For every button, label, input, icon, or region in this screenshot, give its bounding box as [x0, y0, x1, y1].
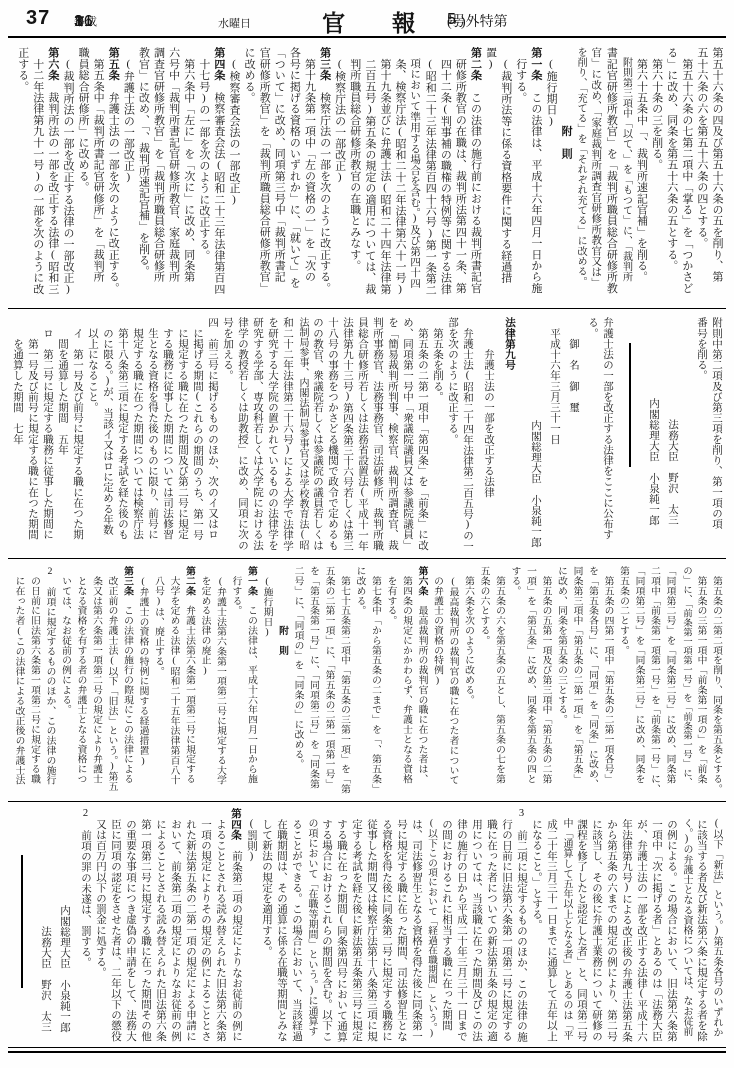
- text-column: 置): [483, 47, 498, 306]
- text-column: (昭和二十三年法律第百四十六号)第一条第二: [422, 47, 437, 306]
- heading-column: 第一条 この法律は、平成十六年四月一日から施: [244, 566, 260, 799]
- heading-column: 第六条 最高裁判所の裁判官の職に在つた者は、: [414, 566, 430, 799]
- text-column: から第五条の六までの規定の例により、第二号: [604, 808, 619, 1046]
- text-column: 附則第三項中「以て、」を「もつて」に、「裁判所: [618, 47, 633, 306]
- bold-lead: 第四条: [213, 47, 225, 81]
- text-column: (罰則): [244, 808, 259, 1046]
- text-column: る」に改め、同条を第五十六条の五とする。: [664, 47, 679, 306]
- text-column: 第七十五条第二項中「第五条の三第一項」を「第: [337, 566, 353, 799]
- text-column: れた新法第五条の二第一項の規定による申請に: [183, 808, 198, 1046]
- text-column: する職に在った期間(同条第四号において通算: [334, 808, 349, 1046]
- text-column: (施行期日): [259, 566, 275, 799]
- text-column: が、弁護士法の一部を改正する法律(平成十六: [634, 808, 649, 1046]
- text-column: 第五条の五第一項及び第三項中「第五条の二第: [538, 566, 554, 799]
- text-column: 弁護士法の一部を改正する法律をここに公布す: [600, 317, 615, 555]
- law-text-band-4: (以下「新法」という。)第五条各号のいずれか に該当する者及び新法第六条に規定す…: [10, 808, 724, 1046]
- text-column: 2 前項の罪の未遂は、罰する。: [78, 808, 93, 1046]
- bold-lead: 第四条: [230, 808, 242, 840]
- text-column: 番号を削る。: [694, 317, 709, 555]
- bold-lead: 第六条: [417, 566, 428, 596]
- heading-column: 第六条 裁判所法の一部を改正する法律(昭和三: [45, 47, 60, 306]
- text-column: 十八号の事務をつかさどる機関で政令で定めるも: [325, 317, 340, 555]
- text-column: によることとされる読み替えられた旧法第六条: [153, 808, 168, 1046]
- text-column: する場合におけるこれらの期間を含む。以下こ: [319, 808, 334, 1046]
- bold-lead: 法律第九号: [504, 317, 516, 370]
- text-column: 官」に改め、「家庭裁判所調査官研修所教官又は」: [588, 47, 603, 306]
- bold-lead: 第一条: [246, 566, 257, 596]
- text-column: 第四条の規定にかかわらず、弁護士となる資格: [399, 566, 415, 799]
- text-column: 職に在った者についての新法第五条の規定の適: [484, 808, 499, 1046]
- item-end-divider: [15, 808, 30, 1046]
- text-column: 行する。: [513, 47, 528, 306]
- text-column: (以下この項において「経過在職期間」という。): [424, 808, 439, 1046]
- text-column: め、同項第一号中「衆議院議員又は参議院議員」: [400, 317, 415, 555]
- text-column: 一項」を「第五条」に改め、同条を第五条の四と: [523, 566, 539, 799]
- text-column: を削り、「充てる」を「それぞれ充てる」に改める。: [573, 47, 588, 306]
- text-column: 判所職員総合研修所教官の在職とみなす。: [347, 47, 362, 306]
- text-column: 号を加える。: [220, 317, 235, 555]
- text-column: (弁護士法第六条第一項第二号に規定する大学: [213, 566, 229, 799]
- text-column: 改正前の弁護士法(以下「旧法」という。)第五: [104, 566, 120, 799]
- text-column: に在った者(この法律による改正後の弁護士法: [11, 566, 27, 799]
- text-column: 第五十六条の四及び第五十六条の五を削り、第: [709, 47, 724, 306]
- text-column: の」に、「前条第一項第一号」を「前条第一号」に、: [678, 566, 694, 799]
- text-column: 弁護士法(昭和二十四年法律第二百五号)の一: [460, 317, 475, 555]
- text-column: 六号中「裁判所書記官研修所教官、家庭裁判所: [166, 47, 181, 306]
- text-column: 書記官研修所教官」を「裁判所職員総合研修所教: [603, 47, 618, 306]
- item-end-divider: [623, 317, 638, 555]
- heading-column: 附 則: [558, 47, 573, 306]
- text-column: 生となる資格を得た後のものに限り、前号に: [145, 317, 160, 555]
- text-column: を有する。: [383, 566, 399, 799]
- law-text-band-2: 附則中第二項及び第三項を削り、第一項の項番号を削る。法務大臣 野沢 太三内閣総理…: [10, 317, 724, 555]
- text-column: 調査官研修所教官」を「裁判所職員総合研修所: [150, 47, 165, 306]
- text-column: 第五十六条の七第二項中「掌る」を「つかさど: [679, 47, 694, 306]
- text-column: 第七条中「から第五条の二まで」を「、第五条」: [368, 566, 384, 799]
- text-column: 法制局参事、内閣法制局参事官又は学校教育法(昭: [295, 317, 310, 555]
- law-text-band-1: 第五十六条の四及び第五十六条の五を削り、第五十六条の六を第五十六条の四とする。 …: [10, 47, 724, 306]
- text-column: に該当し、その後に弁護士業務について研修の: [589, 808, 604, 1046]
- text-column: 律学の教授若しくは助教授」に改め、同項に次の: [235, 317, 250, 555]
- text-column: 二号」に、「同項の」を「同条の」に改める。: [290, 566, 306, 799]
- bold-lead: 第三条: [122, 566, 133, 596]
- text-column: 和二十二年法律第二十六号)による大学で法律学: [280, 317, 295, 555]
- text-column: 第十九条並びに弁護士法(昭和二十四年法律第: [377, 47, 392, 306]
- text-column: に改める。: [352, 566, 368, 799]
- text-column: 二百五号)第五条の規定の適用については、裁: [362, 47, 377, 306]
- text-column: の弁護士の資格の特例): [430, 566, 446, 799]
- heading-column: 法律第九号: [502, 317, 518, 555]
- text-column: のに限る。)が、当該イ又はロに定める年数: [100, 317, 115, 555]
- bold-lead: 第六条: [47, 47, 59, 81]
- text-column: 「同項第二号」を「同条第二号」に改め、同条を: [631, 566, 647, 799]
- weekday-label: 水曜日: [218, 15, 251, 31]
- text-column: 第十八条第三項に規定する考試を経た後のも: [115, 317, 130, 555]
- text-column: 同条第三項中「第五条の二第一項」を「第五条」: [569, 566, 585, 799]
- text-column: 成二十年三月三十一日までに通算して五年以上: [544, 808, 559, 1046]
- text-column: 第五条の三第一項中「前条第一項の」を「前条: [693, 566, 709, 799]
- text-column: (弁護士の資格の特例に関する経過措置): [135, 566, 151, 799]
- bold-lead: 第三条: [319, 47, 331, 81]
- text-column: 行の日前に旧法第六条第一項第二号に規定する: [499, 808, 514, 1046]
- text-column: 規定する職に在つた期間については検察庁法: [130, 317, 145, 555]
- text-column: 五条の六とする。: [476, 566, 492, 799]
- heading-column: 第三条 検察庁法の一部を次のように改正する。: [316, 47, 331, 306]
- text-column: (最高裁判所の裁判官の職に在つた者について: [445, 566, 461, 799]
- text-column: 第五条の二とする。: [616, 566, 632, 799]
- bold-lead: 第二条: [470, 47, 482, 81]
- text-column: を定める法律の廃止): [197, 566, 213, 799]
- text-column: 第五条を削る。: [430, 317, 445, 555]
- text-column: 御 名 御 璽: [566, 317, 581, 555]
- text-column: (弁護士法の一部改正): [120, 47, 135, 306]
- text-column: 間を通算した期間 五年: [55, 317, 70, 555]
- text-column: 第六条を次のように改める。: [461, 566, 477, 799]
- text-column: 第一項第二号に規定する職に在った期間その他: [138, 808, 153, 1046]
- text-column: 定する考試を経た後に新法第五条第三号に規定: [349, 808, 364, 1046]
- text-column: 行する。: [228, 566, 244, 799]
- text-column: となる資格を有する者の弁護士となる資格につ: [73, 566, 89, 799]
- text-column: 条、検察庁法(昭和二十二年法律第六十一号): [392, 47, 407, 306]
- text-column: (検察庁法の一部改正): [332, 47, 347, 306]
- text-column: を「簡易裁判所判事、検察官、裁判所調査官、裁: [385, 317, 400, 555]
- text-column: 第五条の六を第五条の五とし、第五条の七を第: [492, 566, 508, 799]
- text-column: は、司法修習生となる資格を得た後に同条第一: [409, 808, 424, 1046]
- text-column: に改める。: [241, 47, 256, 306]
- text-column: 又は百万円以下の罰金に処する。: [93, 808, 108, 1046]
- band-separator-rule-2: [8, 558, 726, 559]
- text-column: 教官」に改め、「、裁判所速記官補」を削る。: [135, 47, 150, 306]
- text-column: の重要な事項につき虚偽の申請をして、法務大: [123, 808, 138, 1046]
- page-number: 37: [26, 7, 50, 30]
- text-column: 五十六条の六を第五十六条の四とする。: [694, 47, 709, 306]
- text-column: る資格を得た後に同条第二号に規定する職務に: [379, 808, 394, 1046]
- text-column: 十七号)の一部を次のように改正する。: [196, 47, 211, 306]
- text-column: 在職期間は、その通算に係る在職等期間とみな: [274, 808, 289, 1046]
- heading-column: 第二条 弁護士法第六条第一項第二号に規定する: [182, 566, 198, 799]
- text-column: 従事した期間又は検察庁法第十八条第三項に規: [364, 808, 379, 1046]
- text-column: 中「通算して五年以上となる者」とあるのは「平: [559, 808, 574, 1046]
- text-column: (裁判所法等に係る資格要件に関する経過措: [498, 47, 513, 306]
- text-column: の間におけるこれに相当する職に在った期間: [439, 808, 454, 1046]
- text-column: 法務大臣 野沢 太三: [38, 808, 53, 1046]
- bottom-rule: [8, 1047, 726, 1053]
- text-column: して新法の規定を適用する。: [259, 808, 274, 1046]
- bold-lead: 第一条: [530, 47, 542, 81]
- text-column: 職員総合研修所」に改める。: [75, 47, 90, 306]
- text-column: 項において準用する場合を含む。)及び第四十四: [407, 47, 422, 306]
- heading-column: 第四条 検察審査会法(昭和二十三年法律第百四: [211, 47, 226, 306]
- text-column: 官研修所教官」を「裁判所職員総合研修所教官」: [256, 47, 271, 306]
- text-column: 内閣総理大臣 小泉純一郎: [646, 317, 661, 555]
- text-column: 課程を修了したと認定した者」と、同項第二号: [574, 808, 589, 1046]
- text-column: 第六十五条中「、裁判所速記官補」を削る。: [633, 47, 648, 306]
- text-column: を通算した期間 七年: [10, 317, 25, 555]
- text-column: 四 前三号に掲げるもののほか、次のイ又はロ: [205, 317, 220, 555]
- text-column: 第六条中「左に」を「次に」に改め、同条第: [181, 47, 196, 306]
- text-column: の項において「在職等期間」という。)に通算す: [304, 808, 319, 1046]
- heading-column: 第四条 前条第二項の規定によりなお従前の例に: [228, 808, 244, 1046]
- text-column: に改め、同条を第五条の三とする。: [554, 566, 570, 799]
- text-column: 一項の規定によりその規定の例によることとさ: [198, 808, 213, 1046]
- text-column: 第五条中「裁判所書記官研修所」を「裁判所: [90, 47, 105, 306]
- text-column: ることができる。この場合において、当該経過: [289, 808, 304, 1046]
- text-column: を「第五条各号」に、「同項」を「同条」に改め、: [585, 566, 601, 799]
- text-column: 八号)は、廃止する。: [151, 566, 167, 799]
- heading-column: 第一条 この法律は、平成十六年四月一日から施: [528, 47, 543, 306]
- text-column: 法律第九十三号)第四条第三十六号若しくは第三: [340, 317, 355, 555]
- vertical-divider-line: [629, 343, 631, 467]
- text-column: する職務に従事した期間については司法修習: [160, 317, 175, 555]
- text-column: 用については、当該職に在った期間及びこの法: [469, 808, 484, 1046]
- text-column: 「ついて」に改め、同項第三号中「裁判所書記: [271, 47, 286, 306]
- header-text: 号): [447, 11, 466, 31]
- text-column: 法務大臣 野沢 太三: [665, 317, 680, 555]
- heading-column: 第三条 この法律の施行の際現にこの法律による: [120, 566, 136, 799]
- text-column: イ 第一号及び前号に規定する職に在つた期: [70, 317, 85, 555]
- text-column: になること。」とする。: [529, 808, 544, 1046]
- text-column: 附則中第二項及び第三項を削り、第一項の項: [709, 317, 724, 555]
- bold-lead: 第五条: [107, 47, 119, 81]
- text-column: を研究する大学院の置かれているものの法律学を: [265, 317, 280, 555]
- text-column: 弁護士法の一部を改正する法律: [481, 317, 496, 555]
- header-text: 日: [74, 13, 86, 29]
- text-column: (施行期日): [543, 47, 558, 306]
- text-column: (検察審査会法の一部改正): [226, 47, 241, 306]
- text-column: 平成十六年三月三十一日: [547, 317, 562, 555]
- masthead-title: 官報: [322, 5, 462, 38]
- text-column: く。)の弁護士となる資格については、なお従前: [679, 808, 694, 1046]
- text-column: を「第五条第一号」に、「同項第二号」を「同条第: [306, 566, 322, 799]
- text-column: 内閣総理大臣 小泉純一郎: [57, 808, 72, 1046]
- text-column: いては、なお従前の例による。: [58, 566, 74, 799]
- text-column: 五条の二第一項」に、「第五条の二第一項第一号」: [321, 566, 337, 799]
- text-column: 部を次のように改正する。: [445, 317, 460, 555]
- text-column: 律の施行の日から平成二十年三月三十一日まで: [454, 808, 469, 1046]
- bold-lead: 第二条: [184, 566, 195, 596]
- text-column: 「同項第二号」を「同条第二号」に改め、同条第: [662, 566, 678, 799]
- band-separator-rule-3: [8, 801, 726, 802]
- heading-column: 第二条 この法律の施行前における裁判所書記官: [467, 47, 482, 306]
- text-column: 十二年法律第九十一号)の一部を次のように改: [30, 47, 45, 306]
- text-column: 以上になること。: [85, 317, 100, 555]
- text-column: 各号に掲げる資格のいずれか」に、「就いて」を: [286, 47, 301, 306]
- text-column: (以下「新法」という。)第五条各号のいずれか: [709, 808, 724, 1046]
- text-column: 臣に同項の認定をさせた者は、二年以下の懲役: [108, 808, 123, 1046]
- text-column: 条又は第六条第一項第二号の規定により弁護士: [89, 566, 105, 799]
- law-text-band-3: 第五条の二第二項を削り、同条を第五条とする。 第五条の三第一項中「前条第一項の」…: [10, 566, 724, 799]
- text-column: 判所事務官、法務事務官、司法研修所、裁判所職: [370, 317, 385, 555]
- text-column: の日前に旧法第六条第一項第二号に規定する職: [27, 566, 43, 799]
- text-column: 研究する学部、専攻科若しくは大学院における法: [250, 317, 265, 555]
- text-column: おいて、前条第二項の規定によりなお従前の例: [168, 808, 183, 1046]
- text-column: のの教官、衆議院若しくは参議院の議員若しくは: [310, 317, 325, 555]
- text-column: 内閣総理大臣 小泉純一郎: [528, 317, 543, 555]
- text-column: の例による。この場合において、旧法第六条第: [664, 808, 679, 1046]
- text-column: 年法律第九号)による改正後の弁護士法第五条: [619, 808, 634, 1046]
- text-column: 第五条の四第一項中「第五条の二第一項各号」: [600, 566, 616, 799]
- text-column: する。: [507, 566, 523, 799]
- text-column: 第十九条第一項中「左の資格の一」を「次の: [301, 47, 316, 306]
- bold-lead: 附 則: [560, 47, 572, 159]
- text-column: に該当する者及び新法第六条に規定する者を除: [694, 808, 709, 1046]
- text-column: 第五条の二第一項中「第四条」を「前条」に改: [415, 317, 430, 555]
- text-column: 2 前項に規定するもののほか、この法律の施行: [42, 566, 58, 799]
- text-column: に規定する職に在つた期間及び第二号に規定: [175, 317, 190, 555]
- kanpo-gazette-page: 37 平成16年3月31日 水曜日 官報 (号外特第5号) 第五十六条の四及び第…: [0, 0, 734, 1068]
- text-column: 第五条の二第二項を削り、同条を第五条とする。: [709, 566, 725, 799]
- text-column: (裁判所法の一部を改正する法律の一部改正): [60, 47, 75, 306]
- text-column: ロ 第二号に規定する職務に従事した期間に: [40, 317, 55, 555]
- heading-column: 附 則: [275, 566, 291, 799]
- text-column: 一項中「次に掲げる者」とあるのは「法務大臣: [649, 808, 664, 1046]
- vertical-divider-line: [21, 855, 23, 988]
- text-column: 第六十条の三を削る。: [649, 47, 664, 306]
- text-column: 第一号及び前号に規定する職に在つた期間: [25, 317, 40, 555]
- bold-lead: 附 則: [277, 566, 288, 655]
- text-column: よることとされる読み替えられた旧法第六条第: [213, 808, 228, 1046]
- text-column: 四十二条(判事補の職権の特例等に関する法律: [437, 47, 452, 306]
- text-column: 研修所教官の在職は、裁判所法第四十一条、第: [452, 47, 467, 306]
- header-rule: [8, 36, 726, 38]
- text-column: に掲げる期間(これらの期間のうち、第一号: [190, 317, 205, 555]
- heading-column: 第五条 弁護士法の一部を次のように改正する。: [105, 47, 120, 306]
- text-column: 号に規定する職に在った期間、司法修習生とな: [394, 808, 409, 1046]
- text-column: 大学を定める法律(昭和二十五年法律第百八十: [166, 566, 182, 799]
- text-column: 二項中「前条第一項第一号」を「前条第一号」に、: [647, 566, 663, 799]
- band-separator-rule-1: [8, 308, 726, 309]
- text-column: 3 前二項に規定するもののほか、この法律の施: [514, 808, 529, 1046]
- text-column: 員総合研修所若しくは法務省設置法(平成十一年: [355, 317, 370, 555]
- text-column: 正する。: [15, 47, 30, 306]
- text-column: る。: [585, 317, 600, 555]
